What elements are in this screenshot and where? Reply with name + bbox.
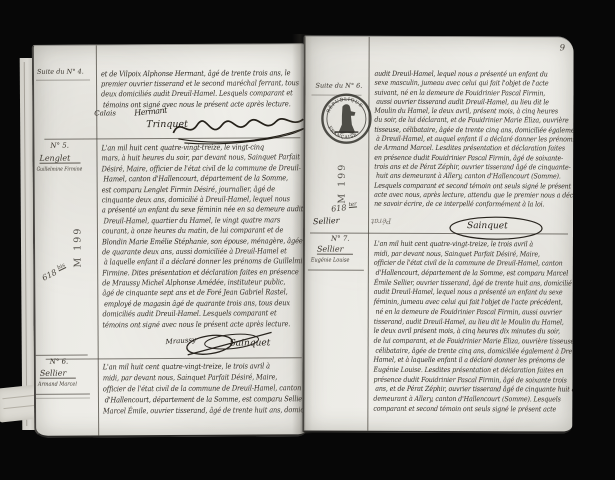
republique-francaise-seal: RÉPUBLIQUE FRANÇAISE: [320, 93, 372, 145]
margin-suite-header: Suite du N° 6.: [316, 82, 363, 90]
margin-cell-rule: [36, 397, 90, 398]
archive-number-suffix: bis: [56, 262, 66, 271]
margin-underline: [36, 79, 90, 80]
signature-mayor: Sainquet: [230, 338, 271, 348]
margin-act-name: Sellier: [317, 245, 353, 255]
signature-witness-mirrored: Pérat: [371, 217, 391, 226]
act6-continuation-text: audit Dreuil-Hamel, lequel nous a présen…: [374, 70, 574, 210]
right-page: 9 Suite du N° 6. RÉPUBLIQUE FRANÇAISE M …: [302, 36, 573, 434]
margin-divider-rule: [96, 45, 99, 435]
folio-number: 9: [560, 43, 565, 53]
margin-act-number: N° 5.: [50, 142, 69, 150]
seated-marianne-figure: [339, 104, 356, 133]
mirrored-ink-transfer: Pérat: [371, 216, 391, 226]
signature-place: Calais: [94, 109, 116, 117]
archive-number-suffix: ter: [348, 201, 357, 208]
archive-stamp-m199: M 199: [72, 219, 83, 275]
margin-cell-rule: [36, 393, 90, 394]
signature-witness: Hermant: [134, 106, 167, 118]
margin-act-number: N° 6.: [50, 358, 69, 366]
margin-act-name: Sellier: [40, 369, 77, 379]
archive-number-value: 618: [41, 268, 59, 283]
handwriting-line: ne savoir écrire, de ce interpellé confo…: [374, 200, 574, 210]
margin-suite-header: Suite du N° 4.: [37, 68, 84, 76]
signature-paraph-flourish: [170, 112, 310, 145]
margin-act-number: N° 7.: [331, 235, 350, 243]
margin-cell-rule: [36, 354, 88, 355]
archive-number: 618 bis: [40, 262, 68, 282]
left-page: Suite du N° 4. N° 5. Lenglet Guillelmine…: [32, 43, 306, 438]
margin-act-name2: Guillelmine Firmine: [37, 167, 83, 173]
act4-continuation-text: et de Vilpoix Alphonse Hermant, âgé de t…: [101, 68, 326, 110]
signature-mayor: Sainquet: [467, 221, 508, 231]
act5-text: L'an mil huit cent quatre-vingt-treize, …: [101, 142, 337, 330]
handwriting-line: témoins ont signé avec nous le présent a…: [103, 99, 301, 110]
signature-declarant: Sellier: [313, 216, 340, 226]
handwriting-line: Marcel Émile, ouvrier tisserand, âgé de …: [103, 404, 314, 416]
margin-act-name: Lenglet: [39, 154, 80, 164]
margin-cell-rule: [308, 270, 364, 271]
archive-number-value: 618: [331, 203, 347, 213]
archive-number: 618 ter: [331, 201, 358, 213]
margin-act-name2: Armand Marcel: [38, 382, 77, 388]
act7-text: L'an mil huit cent quatre-vingt-treize, …: [373, 240, 573, 415]
register-scan: Suite du N° 4. N° 5. Lenglet Guillelmine…: [0, 0, 615, 480]
margin-act-name2: Eugénie Louise: [311, 258, 350, 264]
handwriting-line: comparant et second témoin ont seuls sig…: [373, 404, 573, 414]
